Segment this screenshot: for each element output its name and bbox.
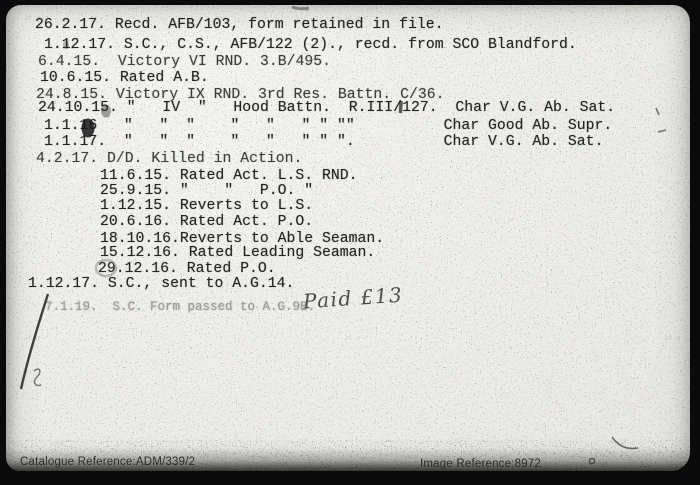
- handwritten-paid-note: Paid £13: [302, 283, 404, 314]
- record-line: 10.6.15. Rated A.B.: [40, 71, 209, 86]
- record-line: 24.10.15. " IV " Hood Battn. R.III/127. …: [38, 101, 615, 116]
- record-line: 1.1.17. " " " " " " " ". Char V.G. Ab. S…: [44, 135, 603, 150]
- image-reference: Image Reference:8972: [420, 458, 541, 470]
- record-line: 1.12.15. Reverts to L.S.: [100, 199, 313, 214]
- record-line: 1.12.17. S.C., C.S., AFB/122 (2)., recd.…: [44, 38, 577, 53]
- record-line: 4.2.17. D/D. Killed in Action.: [36, 152, 302, 167]
- record-line: 20.6.16. Rated Act. P.O.: [100, 215, 313, 230]
- typed-record-block: 26.2.17. Recd. AFB/103, form retained in…: [0, 0, 700, 485]
- scanned-record-card: 26.2.17. Recd. AFB/103, form retained in…: [0, 0, 700, 485]
- record-line: 25.9.15. " " P.O. ": [100, 184, 313, 199]
- record-line: 29.12.16. Rated P.O.: [98, 262, 276, 277]
- record-line: 26.2.17. Recd. AFB/103, form retained in…: [35, 18, 443, 33]
- record-line: 1.12.17. S.C., sent to A.G.14.: [28, 277, 294, 292]
- record-line: 1.1.16 " " " " " " " "" Char Good Ab. Su…: [44, 119, 612, 134]
- record-line: 15.12.16. Rated Leading Seaman.: [100, 246, 375, 261]
- faint-stamped-line: 7.1.19. S.C. Form passed to A.G.9B.: [45, 300, 315, 315]
- record-line: 6.4.15. Victory VI RND. 3.B/495.: [38, 55, 331, 70]
- record-line: 11.6.15. Rated Act. L.S. RND.: [100, 169, 358, 184]
- catalogue-reference: Catalogue Reference:ADM/339/2: [20, 456, 195, 468]
